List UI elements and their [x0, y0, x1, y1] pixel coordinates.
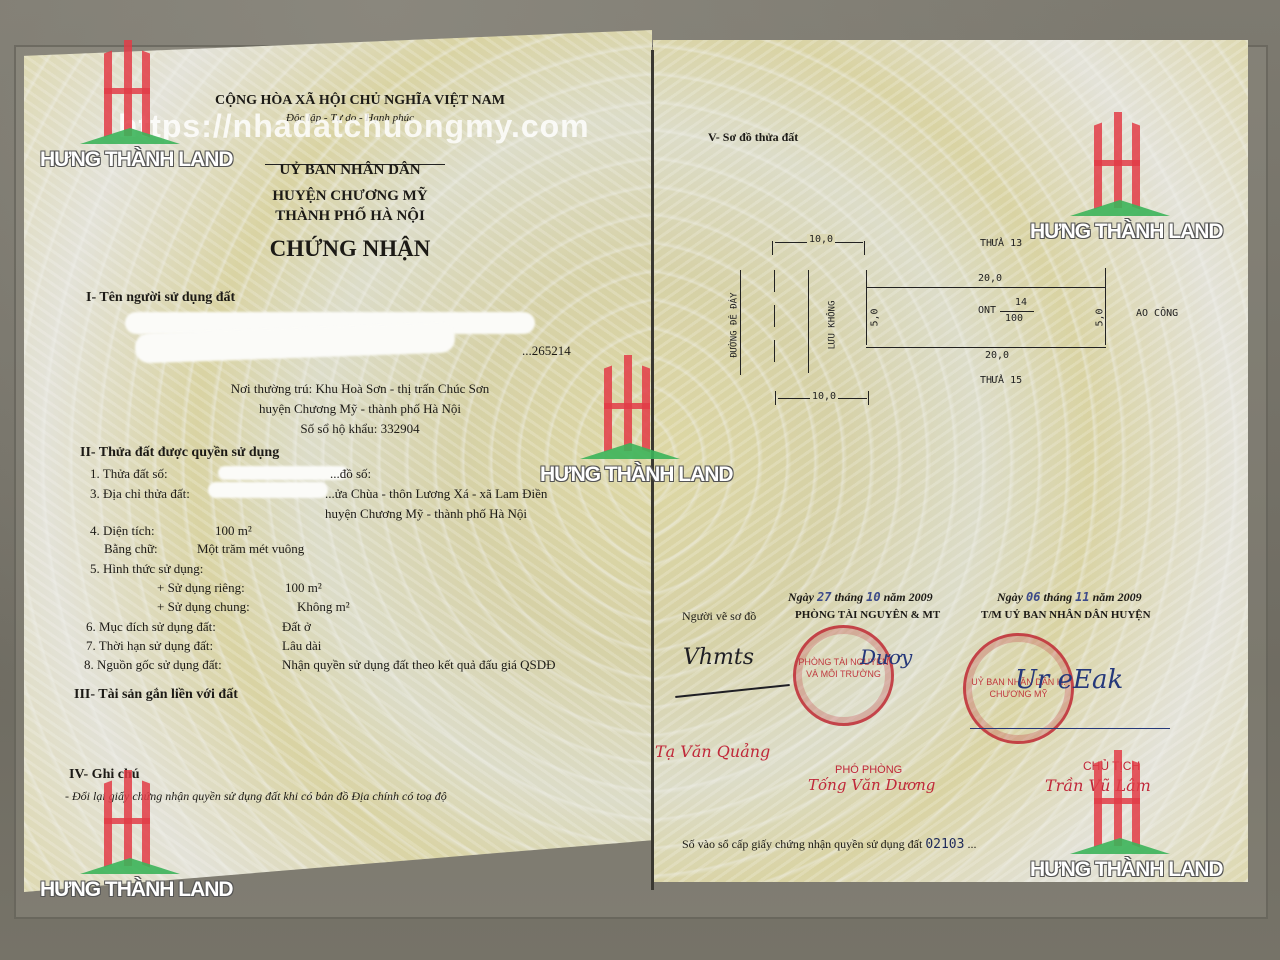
- term-value: Lâu dài: [282, 638, 321, 654]
- section-1-title: I- Tên người sử dụng đất: [86, 290, 235, 306]
- area-words-label: Bằng chữ:: [104, 541, 158, 557]
- fraction-line: [1000, 311, 1034, 312]
- registry-label: Số vào sổ cấp giấy chứng nhận quyền sử d…: [682, 837, 922, 851]
- parcel-left-edge: [866, 270, 867, 345]
- watermark-logo-top-left: HƯNG THÀNH LAND: [40, 40, 210, 190]
- watermark-brand: HƯNG THÀNH LAND: [540, 463, 740, 487]
- drawer-signature: Vhmts: [683, 645, 754, 670]
- roof-icon: [1070, 200, 1170, 216]
- area-words-value: Một trăm mét vuông: [197, 541, 304, 557]
- residence-address-2: huyện Chương Mỹ - thành phố Hà Nội: [180, 401, 540, 417]
- buffer-edge: [808, 270, 809, 373]
- redacted-address: [208, 482, 328, 498]
- date-department: Ngày 27 tháng 10 năm 2009: [788, 590, 933, 605]
- roof-icon: [80, 858, 180, 874]
- term-label: 7. Thời hạn sử dụng đất:: [86, 638, 213, 654]
- department-signature: Dươy: [860, 645, 912, 669]
- dim-tick: [772, 241, 773, 255]
- shared-use-value: Không m²: [297, 599, 350, 615]
- watermark-brand: HƯNG THÀNH LAND: [40, 878, 240, 902]
- road-edge: [740, 270, 741, 375]
- drawer-name: Tạ Văn Quảng: [655, 742, 770, 761]
- ht-logo-icon: [580, 355, 670, 455]
- origin-value: Nhận quyền sử dụng đất theo kết quả đấu …: [282, 657, 556, 673]
- parcel-right-width: 5,0: [1095, 308, 1106, 326]
- certificate-title: CHỨNG NHẬN: [200, 236, 500, 262]
- parcel-number-label: 1. Thửa đất số:: [90, 466, 168, 482]
- committee-signature: Ur eEak: [1015, 665, 1123, 695]
- department-label: PHÒNG TÀI NGUYÊN & MT: [795, 609, 940, 621]
- watermark-logo-center: HƯNG THÀNH LAND: [540, 355, 710, 505]
- watermark-brand: HƯNG THÀNH LAND: [1030, 220, 1230, 244]
- roof-icon: [1070, 838, 1170, 854]
- top-neighbor-label: THỬA 13: [980, 238, 1022, 249]
- roof-icon: [80, 128, 180, 144]
- purpose-value: Đất ở: [282, 619, 311, 635]
- watermark-brand: HƯNG THÀNH LAND: [40, 148, 240, 172]
- shared-use-label: + Sử dụng chung:: [157, 599, 250, 615]
- registry-line: Số vào sổ cấp giấy chứng nhận quyền sử d…: [682, 837, 976, 852]
- registry-number: 02103: [925, 837, 964, 852]
- parcel-number: 14: [1015, 297, 1027, 308]
- roof-icon: [580, 443, 680, 459]
- issuer-line-3: THÀNH PHỐ HÀ NỘI: [200, 208, 500, 225]
- parcel-bottom-length: 20,0: [985, 350, 1009, 361]
- issuer-line-1: UỶ BAN NHÂN DÂN: [200, 162, 500, 179]
- redacted-parcel: [218, 466, 348, 480]
- parcel-code: ONT: [978, 305, 996, 316]
- purpose-label: 6. Mục đích sử dụng đất:: [86, 619, 216, 635]
- watermark-logo-bottom-right: HƯNG THÀNH LAND: [1030, 750, 1200, 900]
- residence-address-1: Nơi thường trú: Khu Hoà Sơn - thị trấn C…: [180, 381, 540, 397]
- household-book-number: Số sổ hộ khẩu: 332904: [180, 421, 540, 437]
- department-title: PHÓ PHÒNG: [835, 764, 902, 776]
- watermark-brand: HƯNG THÀNH LAND: [1030, 858, 1230, 882]
- road-dash: [774, 305, 775, 327]
- bottom-neighbor-label: THỬA 15: [980, 375, 1022, 386]
- ht-logo-icon: [1070, 750, 1160, 850]
- section-3-title: III- Tài sản gắn liền với đất: [74, 687, 238, 703]
- department-signer-name: Tống Văn Dương: [808, 776, 935, 794]
- department-stamp: PHÒNG TÀI NGUYÊN VÀ MÔI TRƯỜNG: [793, 625, 894, 726]
- date-committee: Ngày 06 tháng 11 năm 2009: [997, 590, 1142, 605]
- signature-stroke: [970, 728, 1170, 729]
- section-5-title: V- Sơ đồ thửa đất: [708, 130, 798, 145]
- road-dash: [774, 270, 775, 292]
- parcel-bottom-edge: [866, 347, 1106, 348]
- parcel-area-value: 100: [1005, 313, 1023, 324]
- private-use-label: + Sử dụng riêng:: [157, 580, 245, 596]
- national-title: CỘNG HÒA XÃ HỘI CHỦ NGHĨA VIỆT NAM: [180, 93, 540, 109]
- road-label: ĐƯỜNG ĐÊ ĐÁY: [730, 292, 740, 357]
- parcel-right-edge: [1105, 268, 1106, 345]
- private-use-value: 100 m²: [285, 580, 322, 596]
- buffer-label: LƯU KHÔNG: [827, 301, 837, 350]
- watermark-logo-top-right: HƯNG THÀNH LAND: [1030, 112, 1200, 262]
- parcel-top-edge: [866, 287, 1106, 288]
- drawer-label: Người vẽ sơ đồ: [682, 609, 756, 624]
- parcel-left-width: 5,0: [870, 308, 881, 326]
- buffer-top-length: 10,0: [807, 234, 835, 245]
- issuer-line-2: HUYỆN CHƯƠNG MỸ: [200, 188, 500, 205]
- ht-logo-icon: [1070, 112, 1160, 212]
- section-2-title: II- Thửa đất được quyền sử dụng: [80, 445, 279, 461]
- buffer-bottom-length: 10,0: [810, 391, 838, 402]
- dim-tick: [775, 391, 776, 405]
- parcel-top-length: 20,0: [978, 273, 1002, 284]
- map-sheet-label: ...đồ số:: [330, 466, 371, 482]
- dim-tick: [868, 391, 869, 405]
- right-neighbor-label: AO CÔNG: [1136, 308, 1178, 319]
- committee-label: T/M UỶ BAN NHÂN DÂN HUYỆN: [981, 609, 1151, 621]
- area-label: 4. Diện tích:: [90, 523, 155, 539]
- area-value: 100 m²: [215, 523, 252, 539]
- ht-logo-icon: [80, 770, 170, 870]
- dim-tick: [864, 241, 865, 255]
- ht-logo-icon: [80, 40, 170, 140]
- parcel-address-value: ...ửa Chùa - thôn Lương Xá - xã Lam Điền: [325, 486, 547, 502]
- origin-label: 8. Nguồn gốc sử dụng đất:: [84, 657, 222, 673]
- road-dash: [774, 340, 775, 362]
- watermark-logo-bottom-left: HƯNG THÀNH LAND: [40, 770, 210, 920]
- parcel-address-label: 3. Địa chỉ thửa đất:: [90, 486, 190, 502]
- parcel-address-value-2: huyện Chương Mỹ - thành phố Hà Nội: [325, 506, 527, 522]
- usage-form-label: 5. Hình thức sử dụng:: [90, 561, 203, 577]
